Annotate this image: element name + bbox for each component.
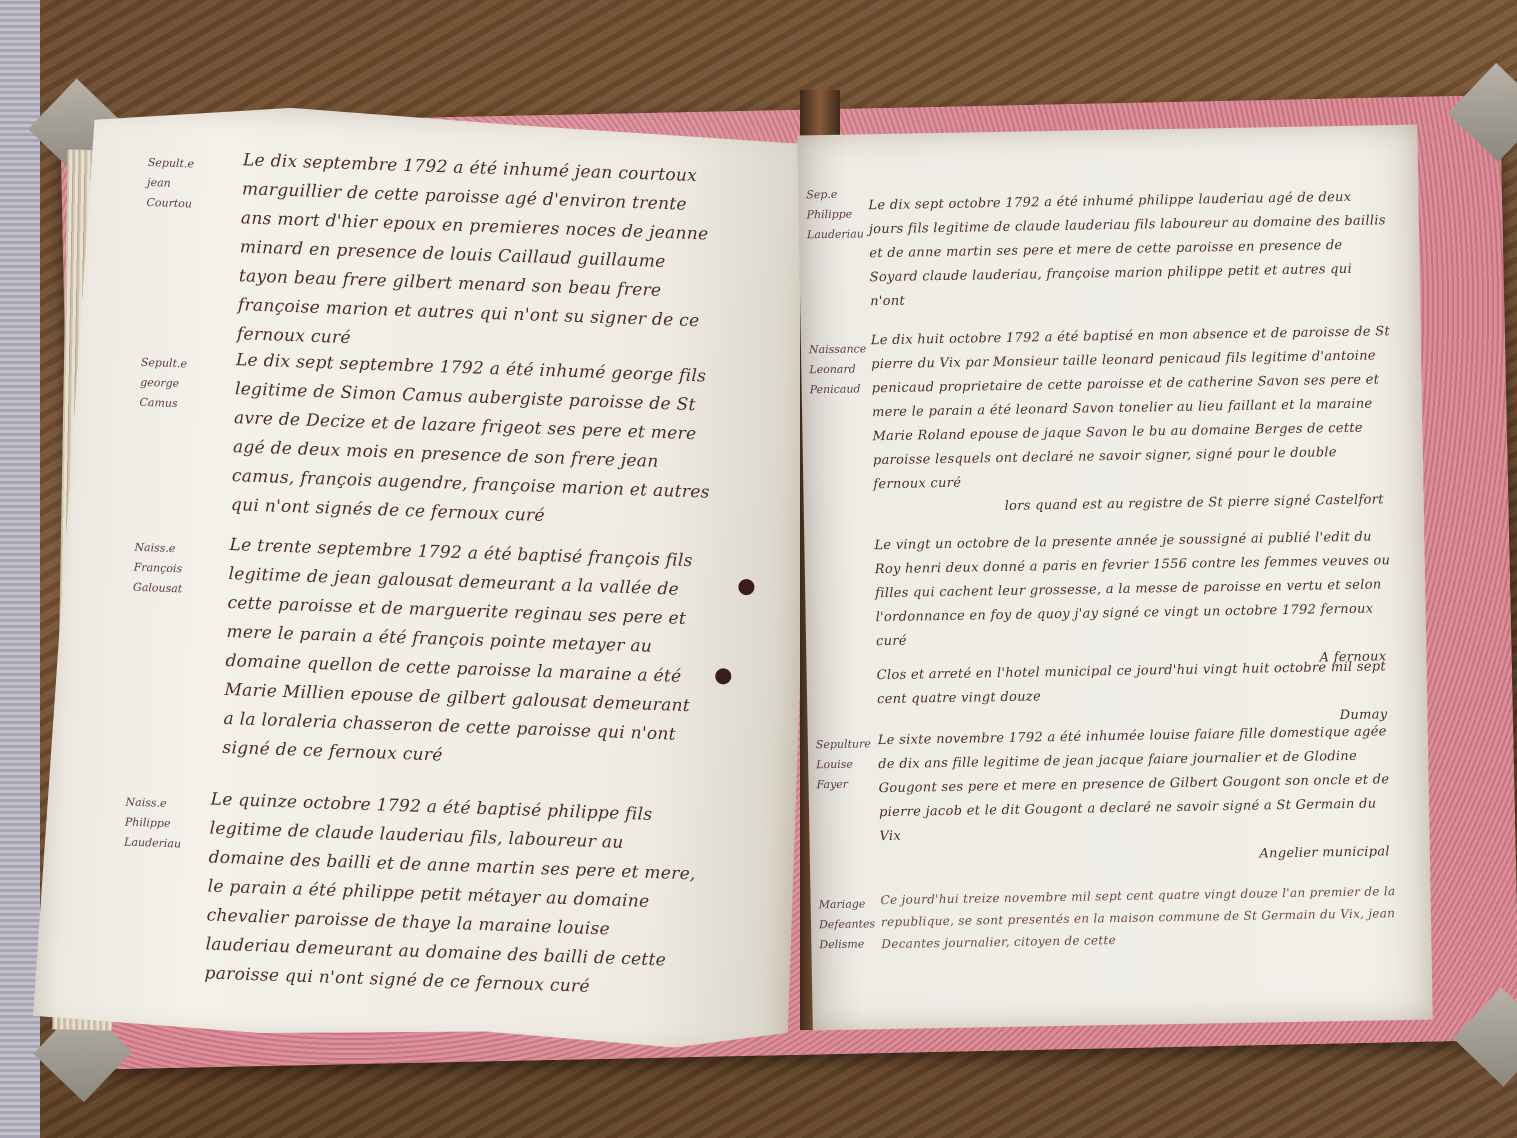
register-entry: Le quinze octobre 1792 a été baptisé phi… xyxy=(204,786,701,1006)
margin-note: Sepult.e george Camus xyxy=(139,353,211,415)
margin-line: Camus xyxy=(139,393,210,415)
entry-text: Le sixte novembre 1792 a été inhumée lou… xyxy=(878,724,1390,844)
right-page: Sep.e Philippe Lauderiau Le dix sept oct… xyxy=(797,125,1433,1031)
margin-line: Louise Fayer xyxy=(816,754,877,795)
margin-line: Sepult.e xyxy=(148,153,219,175)
margin-note: Mariage Defeantes Delisme xyxy=(818,894,879,955)
margin-line: george xyxy=(140,373,211,395)
margin-line: Delisme xyxy=(819,934,879,955)
margin-line: Philippe xyxy=(806,204,866,225)
register-entry: Le vingt un octobre de la presente année… xyxy=(874,525,1396,678)
register-entry: Le dix septembre 1792 a été inhumé jean … xyxy=(236,146,723,366)
margin-line: Lauderiau xyxy=(807,224,867,245)
corner-protector xyxy=(1448,63,1517,162)
entry-text: Clos et arreté en l'hotel municipal ce j… xyxy=(877,659,1387,707)
signature: lors quand est au registre de St pierre … xyxy=(874,488,1394,521)
register-entry: Le dix sept septembre 1792 a été inhumé … xyxy=(230,346,716,537)
background-wall xyxy=(0,0,40,1138)
entry-text: Le vingt un octobre de la presente année… xyxy=(874,530,1390,650)
ink-stain xyxy=(738,579,755,596)
margin-line: Mariage xyxy=(818,894,878,915)
corner-protector xyxy=(1453,988,1517,1087)
margin-line: Philippe xyxy=(124,813,195,835)
margin-line: Penicaud xyxy=(810,379,870,400)
register-entry: Le trente septembre 1792 a été baptisé f… xyxy=(222,531,710,780)
margin-line: jean Courtou xyxy=(146,173,217,215)
margin-line: Naiss.e xyxy=(125,793,196,815)
margin-note: Sepult.e jean Courtou xyxy=(146,153,218,215)
signature: Angelier municipal xyxy=(880,840,1400,873)
margin-note: Naiss.e Philippe Lauderiau xyxy=(124,793,196,855)
register-entry: Ce jourd'hui treize novembre mil sept ce… xyxy=(880,880,1401,955)
margin-line: Sep.e xyxy=(806,184,866,205)
margin-line: Lauderiau xyxy=(124,833,195,855)
margin-line: Leonard xyxy=(809,359,869,380)
left-page: Sepult.e jean Courtou Le dix septembre 1… xyxy=(32,100,819,1061)
margin-note: Sep.e Philippe Lauderiau xyxy=(806,184,867,245)
margin-line: Sepult.e xyxy=(141,353,212,375)
margin-note: Naiss.e François Galousat xyxy=(133,538,205,600)
register-entry: Le sixte novembre 1792 a été inhumée lou… xyxy=(878,720,1400,873)
margin-line: Sepulture xyxy=(816,734,876,755)
entry-text: Le dix huit octobre 1792 a été baptisé e… xyxy=(871,324,1390,492)
margin-line: Defeantes xyxy=(819,914,879,935)
margin-line: Naissance xyxy=(809,339,869,360)
margin-line: Galousat xyxy=(133,578,204,600)
margin-line: François xyxy=(133,558,204,580)
ink-stain xyxy=(715,668,732,685)
register-entry: Le dix sept octobre 1792 a été inhumé ph… xyxy=(868,185,1390,314)
margin-note: Naissance Leonard Penicaud xyxy=(809,339,870,400)
margin-line: Naiss.e xyxy=(134,538,205,560)
margin-note: Sepulture Louise Fayer xyxy=(816,734,877,795)
register-entry: Le dix huit octobre 1792 a été baptisé e… xyxy=(871,320,1394,521)
